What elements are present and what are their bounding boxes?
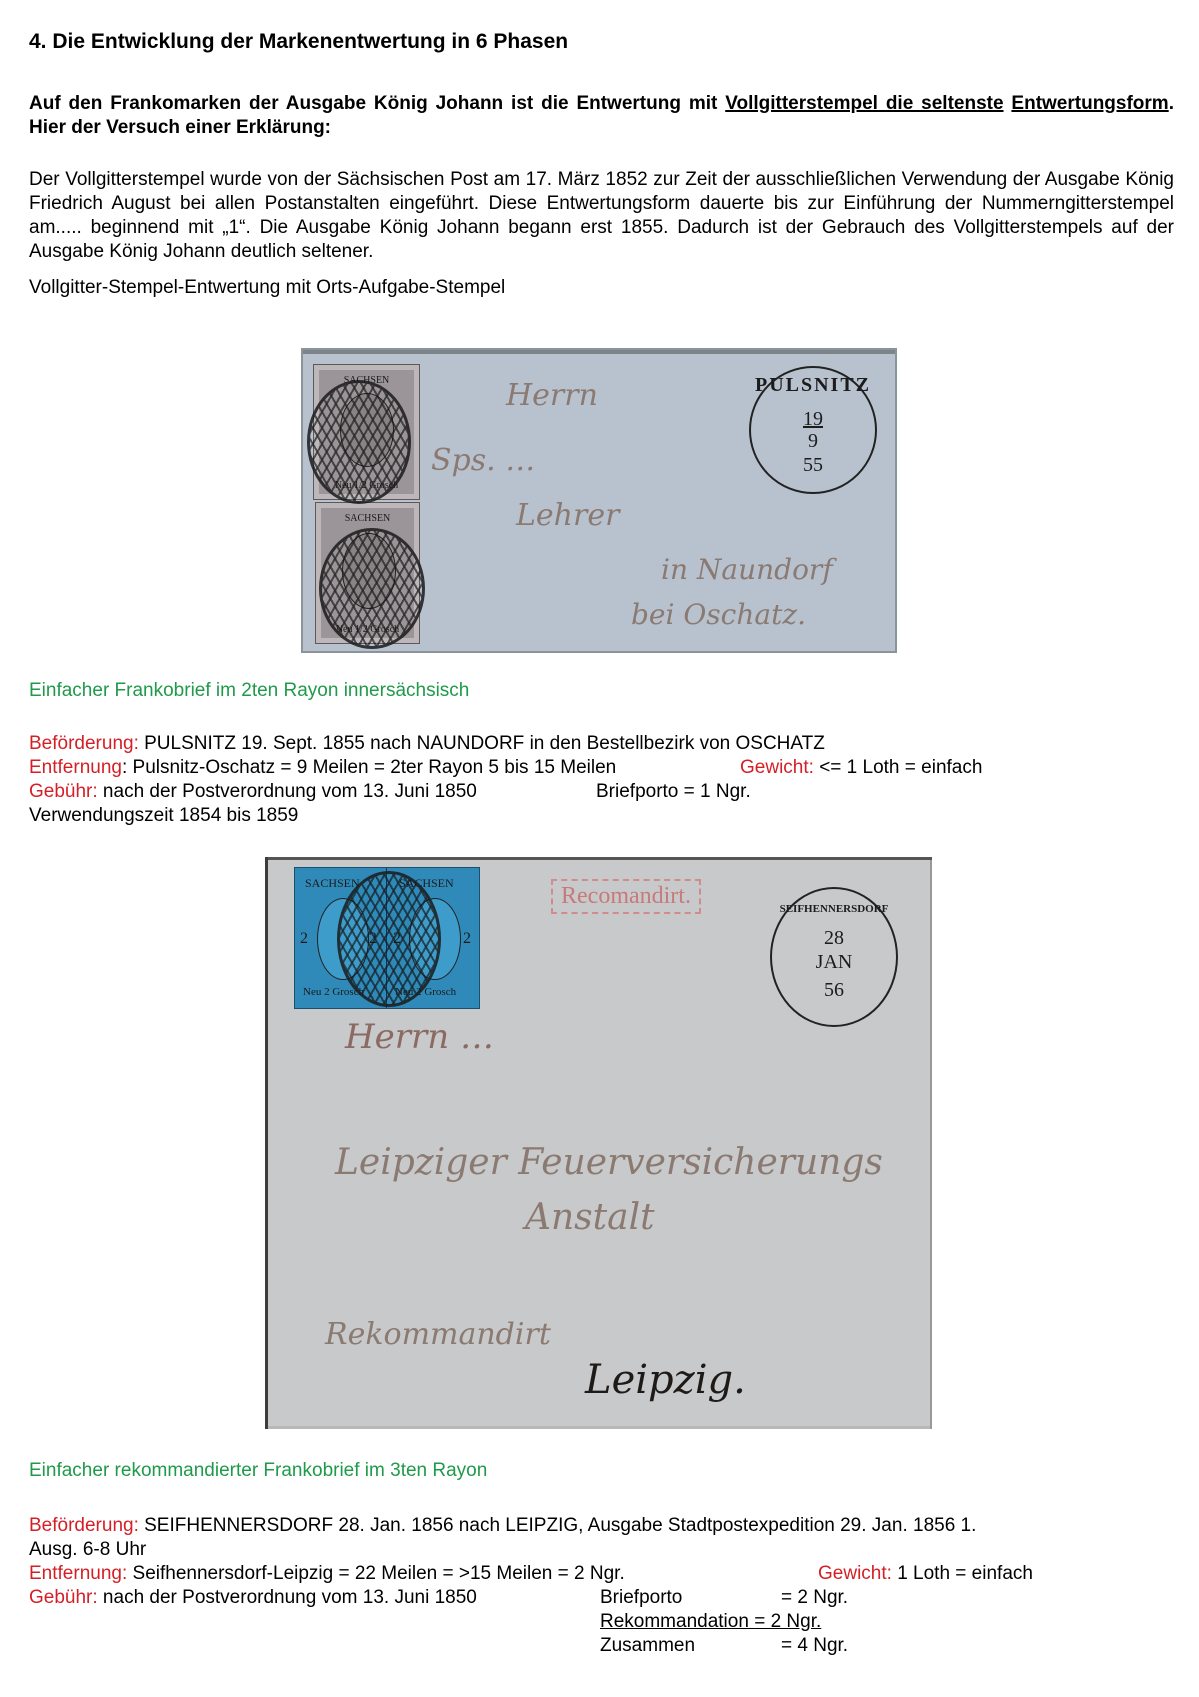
postmark-town: PULSNITZ (751, 374, 875, 397)
postmark-day: 19 (751, 408, 875, 430)
fee-value: = 4 Ngr. (781, 1635, 848, 1657)
label: Beförderung: (29, 733, 139, 754)
letter2-gebuehr: Gebühr: nach der Postverordnung vom 13. … (29, 1587, 477, 1609)
fee-label: Briefporto (600, 1587, 682, 1609)
letter2-entfernung: Entfernung: Seifhennersdorf-Leipzig = 22… (29, 1563, 625, 1585)
value: 1 Loth = einfach (892, 1563, 1033, 1584)
address-line: bei Oschatz. (631, 598, 806, 631)
address-line: Leipziger Feuerversicherungs (335, 1142, 883, 1183)
address-line: Herrn (506, 378, 598, 413)
address-line: Rekommandirt (325, 1317, 551, 1352)
address-line: Anstalt (525, 1197, 655, 1238)
postmark-seifhennersdorf: SEIFHENNERSDORF 28 JAN 56 (770, 887, 898, 1027)
letter2-befoerderung: Beförderung: SEIFHENNERSDORF 28. Jan. 18… (29, 1515, 976, 1537)
cover-image-pulsnitz: SACHSEN Neu 1/2 Grosch SACHSEN Neu 1/2 G… (301, 348, 897, 653)
explanation-paragraph: Der Vollgitterstempel wurde von der Säch… (29, 168, 1174, 264)
letter1-entfernung: Entfernung: Pulsnitz-Oschatz = 9 Meilen … (29, 757, 616, 779)
fee-value: = 2 Ngr. (781, 1587, 848, 1609)
value: SEIFHENNERSDORF 28. Jan. 1856 nach LEIPZ… (139, 1515, 977, 1536)
label: Gewicht: (740, 757, 814, 778)
value: PULSNITZ 19. Sept. 1855 nach NAUNDORF in… (139, 733, 825, 754)
letter1-title: Einfacher Frankobrief im 2ten Rayon inne… (29, 680, 469, 702)
intro-text: Auf den Frankomarken der Ausgabe König J… (29, 93, 725, 114)
address-line: Leipzig. (585, 1357, 746, 1403)
stamp-country-label: SACHSEN (316, 513, 419, 524)
letter1-befoerderung: Beförderung: PULSNITZ 19. Sept. 1855 nac… (29, 733, 825, 755)
page-heading: 4. Die Entwicklung der Markenentwertung … (29, 30, 568, 54)
letter1-briefporto: Briefporto = 1 Ngr. (596, 781, 751, 803)
postmark-year: 56 (772, 979, 896, 1001)
label: Gebühr: (29, 1587, 98, 1608)
value: nach der Postverordnung vom 13. Juni 185… (98, 1587, 477, 1608)
letter1-gewicht: Gewicht: <= 1 Loth = einfach (740, 757, 982, 779)
grid-cancel-top-icon (307, 380, 411, 504)
letter2-gewicht: Gewicht: 1 Loth = einfach (818, 1563, 1033, 1585)
registration-mark: Recomandirt. (551, 879, 701, 914)
grid-cancel-bottom-icon (319, 528, 425, 649)
value: <= 1 Loth = einfach (814, 757, 983, 778)
address-line: in Naundorf (661, 553, 833, 586)
value: nach der Postverordnung vom 13. Juni 185… (98, 781, 477, 802)
value: : Pulsnitz-Oschatz = 9 Meilen = 2ter Ray… (122, 757, 616, 778)
postmark-day: 28 (772, 927, 896, 949)
postmark-year: 55 (751, 454, 875, 476)
letter2-befoerderung-cont: Ausg. 6-8 Uhr (29, 1539, 146, 1561)
address-line: Sps. … (431, 443, 535, 478)
intro-statement: Auf den Frankomarken der Ausgabe König J… (29, 92, 1174, 140)
postmark-month: JAN (772, 951, 896, 973)
letter1-gebuehr: Gebühr: nach der Postverordnung vom 13. … (29, 781, 477, 803)
label: Entfernung (29, 757, 122, 778)
stamp-numeral: 2 (463, 930, 471, 948)
label: Gebühr: (29, 781, 98, 802)
fee-label: Rekommandation (600, 1611, 749, 1632)
postmark-month: 9 (751, 430, 875, 452)
label: Entfernung: (29, 1563, 127, 1584)
value: Seifhennersdorf-Leipzig = 22 Meilen = >1… (127, 1563, 624, 1584)
letter2-title: Einfacher rekommandierter Frankobrief im… (29, 1460, 487, 1482)
intro-emphasis-2: Entwertungsform (1011, 93, 1168, 114)
label: Beförderung: (29, 1515, 139, 1536)
fee-label: Zusammen (600, 1635, 695, 1657)
stamp-numeral: 2 (300, 930, 308, 948)
address-line: Lehrer (516, 498, 619, 533)
postmark-town: SEIFHENNERSDORF (772, 903, 896, 915)
intro-emphasis-1: Vollgitterstempel die seltenste (725, 93, 1003, 114)
cover-image-seifhennersdorf: SACHSEN SACHSEN 2 2 2 2 Neu 2 Grosch Neu… (265, 857, 932, 1429)
fee-value: = 2 Ngr. (754, 1611, 821, 1632)
grid-cancel-icon (337, 871, 441, 1007)
section-subheading: Vollgitter-Stempel-Entwertung mit Orts-A… (29, 277, 505, 299)
postmark-pulsnitz: PULSNITZ 19 9 55 (749, 366, 877, 494)
letter1-verwendungszeit: Verwendungszeit 1854 bis 1859 (29, 805, 298, 827)
label: Gewicht: (818, 1563, 892, 1584)
fee-row-underlined: Rekommandation = 2 Ngr. (600, 1611, 862, 1633)
address-line: Herrn … (345, 1017, 494, 1057)
stamp-country-label: SACHSEN (305, 876, 360, 891)
